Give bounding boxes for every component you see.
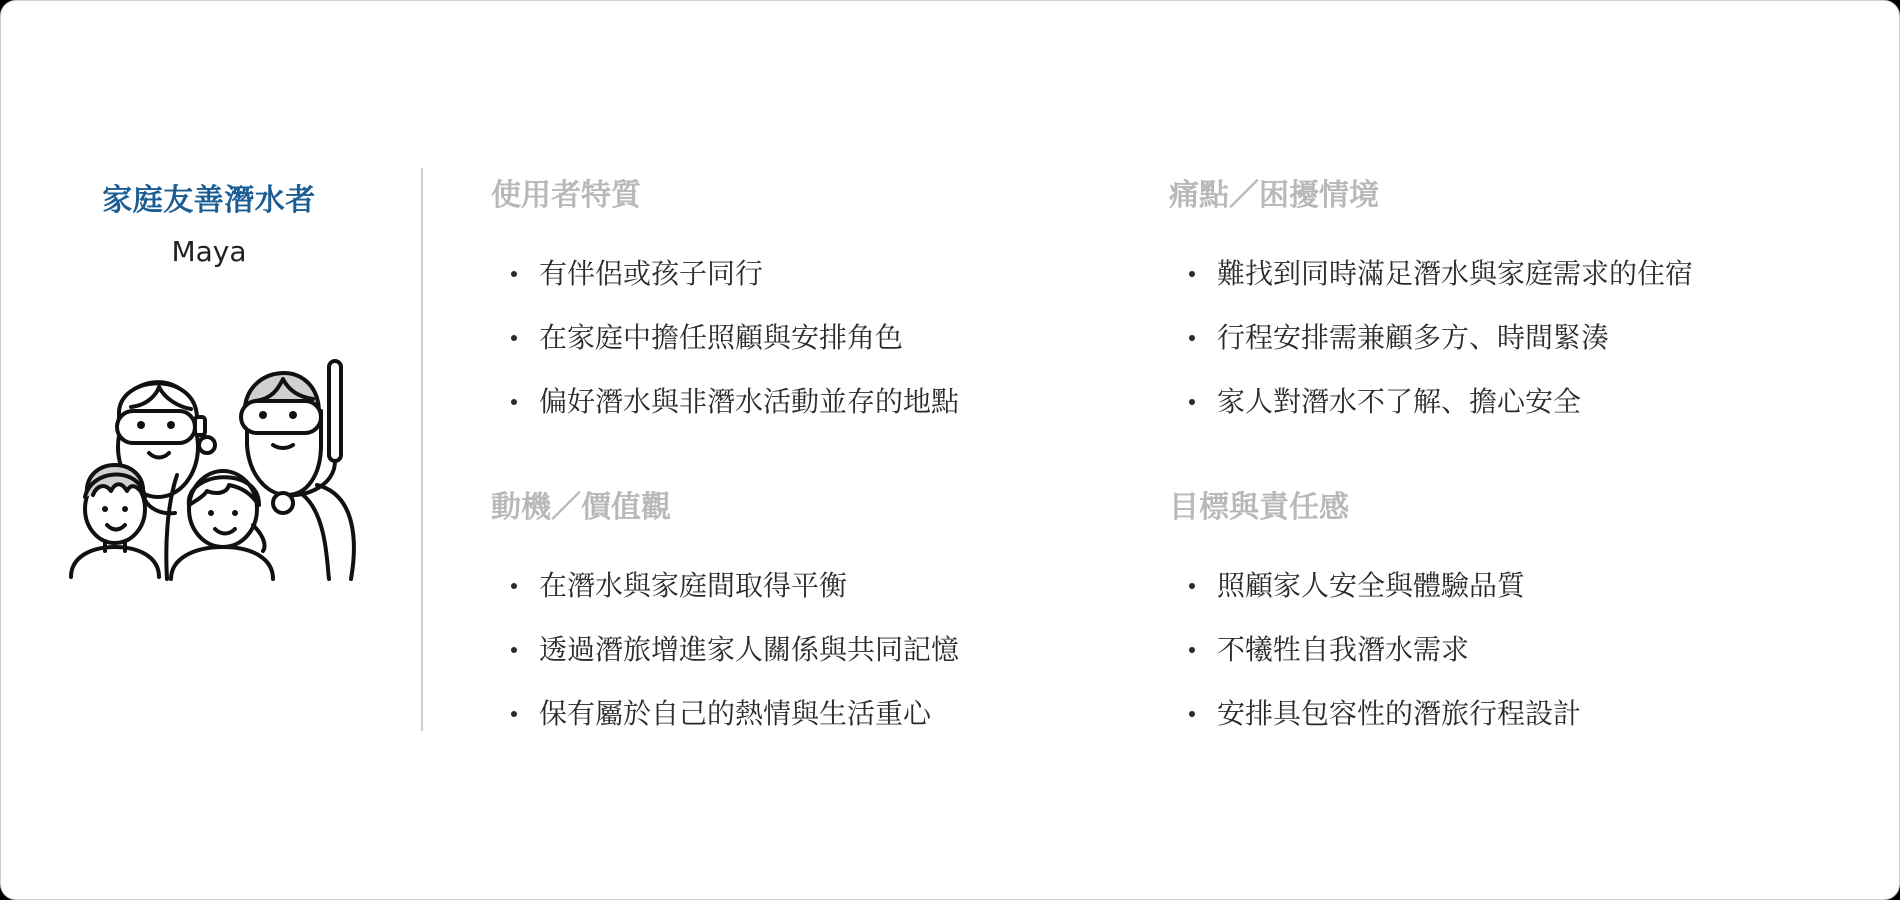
family-divers-illustration-icon [67,345,357,585]
section-motivation-values: 動機／價值觀 在潛水與家庭間取得平衡 透過潛旅增進家人關係與共同記憶 保有屬於自… [491,488,959,746]
list-item-text: 家人對潛水不了解、擔心安全 [1217,385,1581,418]
list-item: 安排具包容性的潛旅行程設計 [1169,682,1581,746]
list-item-text: 透過潛旅增進家人關係與共同記憶 [539,633,959,666]
persona-card: 家庭友善潛水者 Maya [0,0,1900,900]
bullet-list: 有伴侶或孩子同行 在家庭中擔任照顧與安排角色 偏好潛水與非潛水活動並存的地點 [491,242,959,434]
bullet-dot-icon [1189,335,1195,341]
bullet-dot-icon [1189,647,1195,653]
bullet-dot-icon [511,399,517,405]
list-item: 保有屬於自己的熱情與生活重心 [491,682,959,746]
list-item-text: 行程安排需兼顧多方、時間緊湊 [1217,321,1609,354]
bullet-dot-icon [511,647,517,653]
section-pain-points: 痛點／困擾情境 難找到同時滿足潛水與家庭需求的住宿 行程安排需兼顧多方、時間緊湊… [1169,176,1693,434]
list-item-text: 照顧家人安全與體驗品質 [1217,569,1525,602]
list-item-text: 在潛水與家庭間取得平衡 [539,569,847,602]
bullet-dot-icon [511,583,517,589]
bullet-dot-icon [1189,711,1195,717]
persona-name: Maya [61,235,357,268]
bullet-list: 在潛水與家庭間取得平衡 透過潛旅增進家人關係與共同記憶 保有屬於自己的熱情與生活… [491,554,959,746]
list-item: 照顧家人安全與體驗品質 [1169,554,1581,618]
bullet-dot-icon [511,271,517,277]
section-heading: 動機／價值觀 [491,488,959,528]
bullet-list: 照顧家人安全與體驗品質 不犧牲自我潛水需求 安排具包容性的潛旅行程設計 [1169,554,1581,746]
list-item-text: 安排具包容性的潛旅行程設計 [1217,697,1581,730]
persona-title: 家庭友善潛水者 [61,175,357,219]
list-item: 不犧牲自我潛水需求 [1169,618,1581,682]
section-heading: 痛點／困擾情境 [1169,176,1693,216]
list-item-text: 偏好潛水與非潛水活動並存的地點 [539,385,959,418]
list-item-text: 不犧牲自我潛水需求 [1217,633,1469,666]
section-heading: 目標與責任感 [1169,488,1581,528]
bullet-dot-icon [511,335,517,341]
list-item: 在潛水與家庭間取得平衡 [491,554,959,618]
list-item: 有伴侶或孩子同行 [491,242,959,306]
list-item: 難找到同時滿足潛水與家庭需求的住宿 [1169,242,1693,306]
vertical-divider [421,168,423,731]
list-item-text: 保有屬於自己的熱情與生活重心 [539,697,931,730]
list-item: 在家庭中擔任照顧與安排角色 [491,306,959,370]
list-item-text: 有伴侶或孩子同行 [539,257,763,290]
list-item: 行程安排需兼顧多方、時間緊湊 [1169,306,1693,370]
list-item: 家人對潛水不了解、擔心安全 [1169,370,1693,434]
list-item-text: 難找到同時滿足潛水與家庭需求的住宿 [1217,257,1693,290]
bullet-dot-icon [1189,271,1195,277]
section-user-traits: 使用者特質 有伴侶或孩子同行 在家庭中擔任照顧與安排角色 偏好潛水與非潛水活動並… [491,176,959,434]
list-item: 透過潛旅增進家人關係與共同記憶 [491,618,959,682]
list-item-text: 在家庭中擔任照顧與安排角色 [539,321,903,354]
bullet-dot-icon [511,711,517,717]
bullet-list: 難找到同時滿足潛水與家庭需求的住宿 行程安排需兼顧多方、時間緊湊 家人對潛水不了… [1169,242,1693,434]
bullet-dot-icon [1189,583,1195,589]
section-goals-responsibility: 目標與責任感 照顧家人安全與體驗品質 不犧牲自我潛水需求 安排具包容性的潛旅行程… [1169,488,1581,746]
section-heading: 使用者特質 [491,176,959,216]
list-item: 偏好潛水與非潛水活動並存的地點 [491,370,959,434]
bullet-dot-icon [1189,399,1195,405]
